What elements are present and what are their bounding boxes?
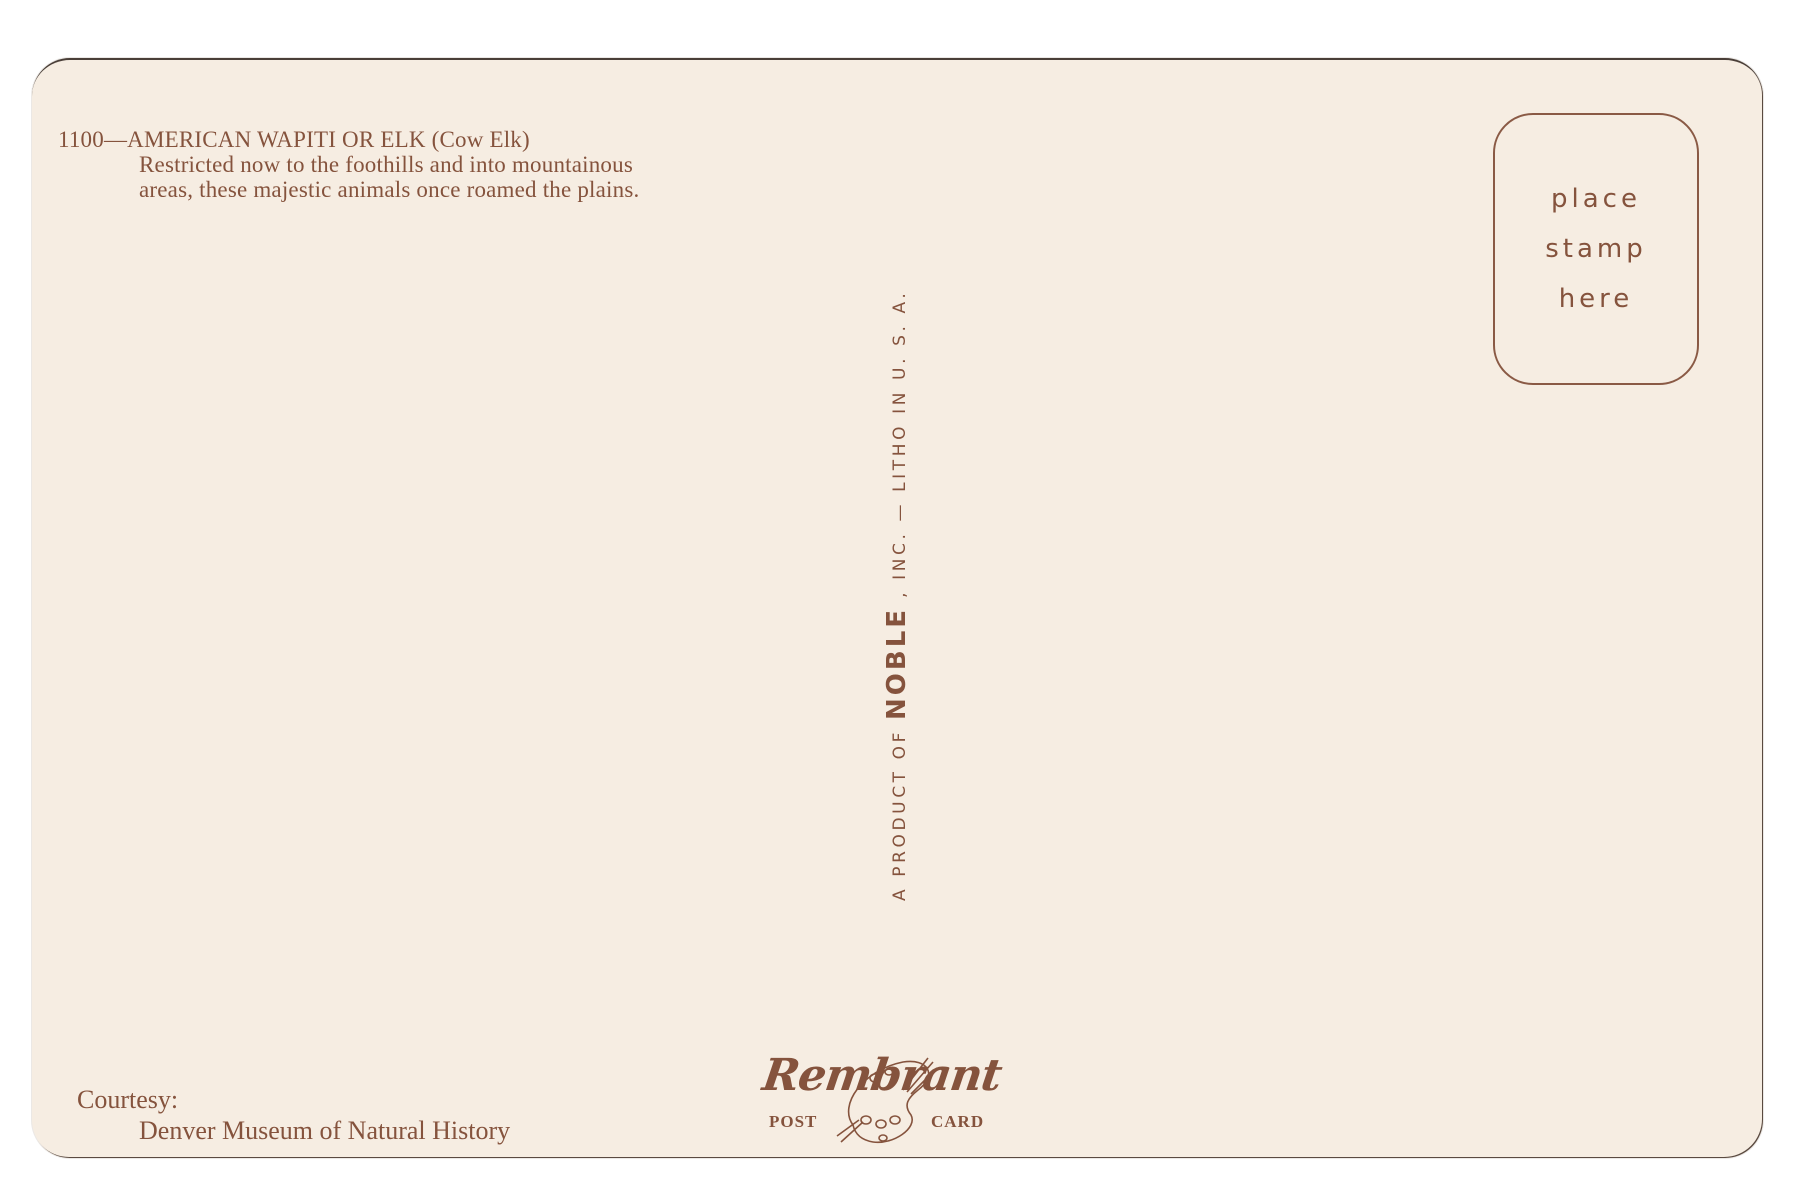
imprint-prefix: A PRODUCT OF [890,720,910,901]
printer-imprint: A PRODUCT OF NOBLE , INC. — LITHO IN U. … [887,290,910,901]
caption-title: 1100—AMERICAN WAPITI OR ELK (Cow Elk) [58,127,639,152]
imprint-suffix: , INC. — LITHO IN U. S. A. [890,290,910,607]
caption-line-1: Restricted now to the foothills and into… [58,152,639,177]
postcard-back: 1100—AMERICAN WAPITI OR ELK (Cow Elk) Re… [32,58,1763,1158]
courtesy-credit: Courtesy: Denver Museum of Natural Histo… [77,1084,510,1146]
stamp-text-3: here [1559,274,1634,324]
courtesy-label: Courtesy: [77,1084,510,1115]
caption-line-2: areas, these majestic animals once roame… [58,177,639,202]
courtesy-org: Denver Museum of Natural History [77,1115,510,1146]
logo-script: Rembrant [759,1050,1004,1101]
stamp-text-2: stamp [1545,224,1647,274]
stamp-box: place stamp here [1493,113,1699,385]
caption: 1100—AMERICAN WAPITI OR ELK (Cow Elk) Re… [58,127,639,202]
stamp-text-1: place [1551,174,1641,224]
logo-card: CARD [931,1112,984,1132]
imprint-brand: NOBLE [882,607,912,720]
rembrant-logo: Rembrant POST CARD [763,1050,1013,1150]
logo-post: POST [769,1112,817,1132]
